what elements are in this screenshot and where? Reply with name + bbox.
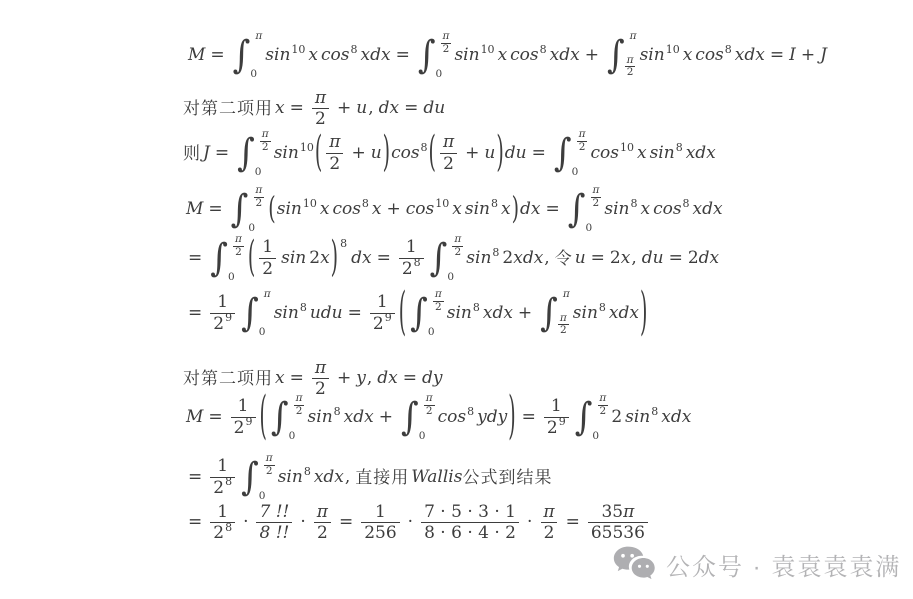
base-with-exponent: sin8	[447, 305, 480, 322]
math-text: 2	[579, 142, 586, 154]
exponent: 8	[725, 44, 732, 55]
exponent: 8	[225, 475, 232, 488]
base-with-exponent: sin8	[308, 409, 341, 426]
math-text: =	[566, 514, 580, 531]
math-text: xdx	[661, 409, 691, 426]
numerator: π	[264, 453, 275, 465]
base-with-exponent: 29	[547, 418, 566, 438]
math-text: =	[215, 145, 229, 162]
math-text: +	[351, 145, 365, 162]
exponent: 8	[467, 406, 474, 417]
upper-limit: π2	[290, 393, 305, 417]
formula-line-9-wallis-note: =128∫π20sin8xdx,直接用Wallis公式到结果	[183, 452, 554, 502]
parenthesis: (	[399, 287, 406, 338]
formula-line-3-J-transform: 则J=∫π20sin10(π2+u)cos8(π2+u)du=∫π20cos10…	[183, 128, 716, 178]
math-text: 0	[259, 326, 266, 338]
fraction: π2	[441, 31, 452, 55]
integral-sign: ∫	[568, 190, 586, 228]
math-text: π	[435, 289, 442, 301]
math-text: 1	[551, 396, 562, 416]
math-text: =	[210, 47, 224, 64]
lower-limit: 0	[419, 431, 426, 442]
math-text: 2	[502, 250, 513, 267]
math-text: 2	[611, 409, 622, 426]
math-text: 2	[262, 142, 269, 154]
math-text: 2	[593, 198, 600, 210]
base-with-exponent: 28	[402, 259, 421, 279]
exponent: 8	[540, 44, 547, 55]
math-text: +	[337, 100, 351, 117]
numerator: 1	[214, 292, 231, 312]
math-text: =	[669, 250, 683, 267]
denominator: 28	[399, 258, 424, 279]
fraction: π2	[558, 313, 569, 337]
lower-limit: 0	[250, 69, 257, 80]
lower-limit: 0	[259, 327, 266, 338]
math-text: du	[423, 100, 445, 117]
math-text: 0	[259, 490, 266, 502]
fraction: π2	[452, 234, 463, 258]
upper-limit: π2	[573, 129, 588, 153]
math-text: M	[188, 47, 205, 64]
math-text: 2	[560, 325, 567, 337]
fraction: 128	[399, 237, 424, 279]
upper-limit: π	[260, 289, 271, 300]
math-text: sin	[278, 469, 303, 486]
base-with-exponent: sin10	[640, 47, 680, 64]
exponent: 8	[334, 406, 341, 417]
math-text: sin	[604, 201, 629, 218]
lower-limit: 0	[259, 491, 266, 502]
denominator: 29	[231, 417, 256, 438]
integral-limits: π0	[251, 30, 262, 80]
numerator: π	[597, 393, 608, 405]
integral: ∫π20	[210, 233, 244, 283]
base-with-exponent: cos8	[695, 47, 731, 64]
math-text: 0	[419, 430, 426, 442]
integral: ∫π0	[233, 30, 263, 80]
denominator: 2	[591, 197, 602, 210]
exponent: 10	[300, 142, 314, 153]
math-text: =	[532, 145, 546, 162]
upper-limit: π2	[437, 31, 452, 55]
math-text: 2	[266, 466, 273, 478]
math-text: cos	[653, 201, 681, 218]
math-text: sin	[573, 305, 598, 322]
math-text: xdx	[344, 409, 374, 426]
math-text: sin	[265, 47, 290, 64]
base-with-exponent: sin8	[278, 469, 311, 486]
math-text: sin	[625, 409, 650, 426]
math-text: ,	[345, 469, 350, 486]
math-text: π	[255, 185, 262, 197]
base-with-exponent: cos10	[406, 201, 449, 218]
math-text: =	[404, 100, 418, 117]
numerator: π	[433, 289, 444, 301]
math-text: 2	[234, 418, 245, 438]
math-text: =	[290, 370, 304, 387]
parenthesis: (	[260, 391, 267, 442]
math-text: udu	[310, 305, 343, 322]
integral-limits: π20	[429, 288, 444, 338]
math-text: π	[563, 288, 570, 300]
math-text: x	[320, 250, 330, 267]
fraction: 7 !!8 !!	[256, 502, 292, 544]
math-text: u	[484, 145, 495, 162]
math-text: 2	[435, 302, 442, 314]
math-text: π	[235, 234, 242, 246]
math-text: x	[452, 201, 462, 218]
math-text: =	[188, 305, 202, 322]
math-text: xdx	[686, 145, 716, 162]
math-text: π	[296, 393, 303, 405]
math-text: 2	[600, 406, 607, 418]
exponent: 8	[304, 466, 311, 477]
base-with-exponent: sin10	[277, 201, 317, 218]
lower-limit: 0	[228, 272, 235, 283]
math-text: 2	[213, 314, 224, 334]
integral: ∫π20	[237, 128, 271, 178]
denominator: 2	[264, 465, 275, 478]
math-text: ,	[544, 250, 549, 267]
math-text: 2	[443, 154, 454, 174]
fraction: 128	[210, 456, 235, 498]
math-text: sin	[274, 305, 299, 322]
base-with-exponent: cos10	[591, 145, 634, 162]
integral-sign: ∫	[410, 294, 428, 332]
exponent: 9	[385, 311, 392, 324]
exponent: 10	[481, 44, 495, 55]
upper-limit: π	[559, 289, 570, 300]
parenthesis: )	[496, 132, 503, 174]
math-text: sin	[454, 47, 479, 64]
integral-limits: π20	[437, 30, 452, 80]
lower-limit: 0	[585, 223, 592, 234]
math-text: 2	[262, 259, 273, 279]
math-text: π	[426, 393, 433, 405]
math-text: π	[255, 30, 262, 42]
denominator: 2	[433, 301, 444, 314]
numerator: π	[558, 313, 569, 325]
exponent: 8	[491, 198, 498, 209]
math-text: x	[621, 250, 631, 267]
math-text: sin	[277, 201, 302, 218]
integral-limits: π20	[260, 452, 275, 502]
lower-limit: 0	[428, 327, 435, 338]
parenthesis: )	[331, 237, 338, 279]
integral: ∫π20	[418, 30, 452, 80]
lower-limit: 0	[572, 167, 579, 178]
numerator: π	[540, 502, 557, 522]
formula-line-8-M-sum: M=129(∫π20sin8xdx+∫π20cos8ydy)=129∫π202s…	[186, 392, 691, 442]
denominator: 2	[233, 246, 244, 259]
math-text: π	[599, 393, 606, 405]
fraction: π2	[540, 502, 557, 544]
denominator: 2	[452, 246, 463, 259]
fraction: π2	[577, 129, 588, 153]
math-text: 256	[364, 523, 396, 543]
math-text: π	[592, 185, 599, 197]
lower-limit: 0	[447, 272, 454, 283]
math-text: sin	[308, 409, 333, 426]
math-text: ,	[367, 370, 372, 387]
integral-sign: ∫	[575, 398, 593, 436]
formula-line-6-split-again: =129∫π0sin8udu=129(∫π20sin8xdx+∫ππ2sin8x…	[183, 288, 648, 338]
formula-line-1-split-integral: M=∫π0sin10xcos8xdx=∫π20sin10xcos8xdx+∫ππ…	[188, 30, 827, 80]
math-text: 1	[217, 292, 228, 312]
numerator: 1	[214, 502, 231, 522]
math-text: 0	[428, 326, 435, 338]
parenthesis: (	[429, 132, 436, 174]
lower-limit: 0	[248, 223, 255, 234]
math-text: Wallis	[411, 469, 462, 486]
parenthesis: )	[640, 287, 647, 338]
integral-limits: π20	[420, 392, 435, 442]
math-content: M=∫π0sin10xcos8xdx=∫π20sin10xcos8xdx+∫ππ…	[0, 0, 913, 599]
numerator: π	[441, 31, 452, 43]
math-text: 1	[217, 456, 228, 476]
math-text: J	[203, 145, 210, 162]
parenthesis: (	[268, 194, 275, 224]
math-text: 0	[250, 68, 257, 80]
math-text: π	[454, 234, 461, 246]
base-with-exponent: sin8	[465, 201, 498, 218]
math-text: =	[208, 409, 222, 426]
math-text: 2	[544, 523, 555, 543]
math-text: 1	[217, 502, 228, 522]
math-text: xdx	[735, 47, 765, 64]
numerator: π	[312, 358, 329, 378]
math-text: 7 · 5 · 3 · 1	[424, 502, 516, 522]
watermark: 公众号 · 袁袁袁袁满	[612, 544, 901, 584]
math-text: ·	[300, 514, 305, 531]
exponent: 8	[651, 406, 658, 417]
math-text: M	[186, 201, 203, 218]
math-text: sin	[640, 47, 665, 64]
math-text: π	[443, 132, 454, 152]
math-text: xdx	[314, 469, 344, 486]
denominator: 2	[314, 522, 331, 543]
denominator: 29	[370, 313, 395, 334]
upper-limit: π2	[256, 129, 271, 153]
math-text: 对第二项用	[183, 100, 273, 117]
integral-sign: ∫	[607, 36, 625, 74]
denominator: 29	[210, 313, 235, 334]
math-text: x	[501, 201, 511, 218]
math-text: =	[545, 201, 559, 218]
integral-sign: ∫	[418, 36, 436, 74]
math-text: xdx	[483, 305, 513, 322]
math-text: 1	[377, 292, 388, 312]
math-text: cos	[438, 409, 466, 426]
integral-sign: ∫	[241, 458, 259, 496]
math-text: ·	[527, 514, 532, 531]
math-text: π	[262, 129, 269, 141]
fraction: 129	[210, 292, 235, 334]
math-text: x	[275, 100, 285, 117]
math-text: =	[348, 305, 362, 322]
math-text: 2	[317, 523, 328, 543]
math-text: ,	[368, 100, 373, 117]
math-text: =	[290, 100, 304, 117]
math-text: x	[640, 201, 650, 218]
math-text: =	[339, 514, 353, 531]
numerator: π	[577, 129, 588, 141]
fraction: π2	[314, 502, 331, 544]
base-with-exponent: sin10	[265, 47, 305, 64]
lower-limit: 0	[289, 431, 296, 442]
base-with-exponent: sin8	[573, 305, 606, 322]
numerator: 1	[259, 237, 276, 257]
integral-limits: π20	[290, 392, 305, 442]
math-text: 2	[402, 259, 413, 279]
integral: ∫ππ2	[540, 288, 570, 338]
fraction: π2	[590, 185, 601, 209]
exponent: 8	[630, 198, 637, 209]
math-text: π	[315, 88, 326, 108]
denominator: 2	[312, 108, 329, 129]
fraction: π2	[312, 88, 329, 130]
exponent: 9	[559, 415, 566, 428]
math-text: cos	[391, 145, 419, 162]
exponent: 8	[599, 302, 606, 313]
exponent: 8	[362, 198, 369, 209]
math-text: y	[356, 370, 366, 387]
math-text: cos	[510, 47, 538, 64]
math-text: dx	[377, 370, 397, 387]
exponent: 10	[291, 44, 305, 55]
math-text: 0	[592, 430, 599, 442]
math-text: x	[275, 370, 285, 387]
numerator: π	[326, 132, 343, 152]
math-text: π	[443, 31, 450, 43]
math-text: sin	[274, 145, 299, 162]
numerator: π	[294, 393, 305, 405]
integral: ∫π20	[231, 184, 265, 234]
denominator: 2	[625, 66, 636, 79]
math-text: +	[465, 145, 479, 162]
denominator: 2	[260, 141, 271, 154]
math-text: 0	[289, 430, 296, 442]
math-text: 2	[213, 478, 224, 498]
numerator: π	[253, 185, 264, 197]
math-text: dx	[351, 250, 371, 267]
fraction: 12	[259, 237, 276, 279]
exponent: 10	[620, 142, 634, 153]
math-text: +	[379, 409, 393, 426]
denominator: 28	[210, 477, 235, 498]
base-with-exponent: 29	[373, 314, 392, 334]
integral-limits: π20	[448, 233, 463, 283]
math-text: 2	[627, 67, 634, 79]
fraction: π2	[440, 132, 457, 174]
math-text: =	[188, 514, 202, 531]
math-text: 2	[315, 109, 326, 129]
math-text: sin	[466, 250, 491, 267]
math-text: +	[801, 47, 815, 64]
math-text: 令	[555, 250, 573, 267]
math-text: =	[770, 47, 784, 64]
math-text: 2	[547, 418, 558, 438]
math-text: π	[623, 502, 634, 522]
fraction: 1256	[361, 502, 399, 544]
math-text: π	[329, 132, 340, 152]
denominator: 2	[598, 405, 609, 418]
exponent: 10	[303, 198, 317, 209]
numerator: 7 · 5 · 3 · 1	[421, 502, 519, 522]
integral-limits: π20	[256, 128, 271, 178]
numerator: 1	[214, 456, 231, 476]
math-text: M	[186, 409, 203, 426]
numerator: π	[440, 132, 457, 152]
integral-limits: π20	[229, 233, 244, 283]
denominator: 8 · 6 · 4 · 2	[421, 522, 519, 543]
fraction: 129	[544, 396, 569, 438]
math-text: 2	[309, 250, 320, 267]
integral-limits: π20	[573, 128, 588, 178]
math-text: 0	[585, 222, 592, 234]
numerator: π	[312, 88, 329, 108]
math-text: 2	[329, 154, 340, 174]
base-with-exponent: cos8	[653, 201, 689, 218]
integral: ∫π20	[575, 392, 609, 442]
math-text: 2	[688, 250, 699, 267]
exponent: 8	[492, 247, 499, 258]
upper-limit: π2	[448, 234, 463, 258]
math-text: sin	[650, 145, 675, 162]
integral-sign: ∫	[401, 398, 419, 436]
integral: ∫π20	[241, 452, 275, 502]
integral: ∫π20	[401, 392, 435, 442]
math-text: 2	[426, 406, 433, 418]
base-with-exponent: sin8	[650, 145, 683, 162]
denominator: 2	[577, 141, 588, 154]
math-text: 1	[262, 237, 273, 257]
fraction: 128	[210, 502, 235, 544]
math-text: 1	[238, 396, 249, 416]
exponent: 8	[676, 142, 683, 153]
denominator: 2	[541, 522, 558, 543]
base-with-exponent: sin8	[625, 409, 658, 426]
exponent: 8	[225, 521, 232, 534]
math-text: π	[264, 288, 271, 300]
math-text: sin	[447, 305, 472, 322]
denominator: 8 !!	[256, 522, 292, 543]
formula-line-4-M-combined: M=∫π20(sin10xcos8x+cos10xsin8x)dx=∫π20si…	[186, 184, 723, 234]
math-text: x	[637, 145, 647, 162]
exponent: 8	[414, 256, 421, 269]
watermark-text: 公众号 · 袁袁袁袁满	[666, 547, 901, 582]
numerator: 1	[372, 502, 389, 522]
math-text: 0	[572, 166, 579, 178]
math-text: 2	[256, 198, 263, 210]
fraction: 35π65536	[588, 502, 648, 544]
integral-limits: ππ2	[626, 30, 637, 80]
math-text: 则	[183, 145, 201, 162]
formula-line-10-final-result: =128·7 !!8 !!·π2=1256·7 · 5 · 3 · 18 · 6…	[183, 502, 651, 544]
integral-sign: ∫	[231, 190, 249, 228]
math-text: =	[208, 201, 222, 218]
denominator: 65536	[588, 522, 648, 543]
math-text: u	[356, 100, 367, 117]
math-text: ·	[243, 514, 248, 531]
math-text: π	[266, 453, 273, 465]
math-text: 7 !!	[259, 502, 289, 522]
base-with-exponent: cos8	[321, 47, 357, 64]
integral: ∫π20	[430, 233, 464, 283]
base-with-exponent: cos8	[332, 201, 368, 218]
denominator: 2	[441, 43, 452, 56]
